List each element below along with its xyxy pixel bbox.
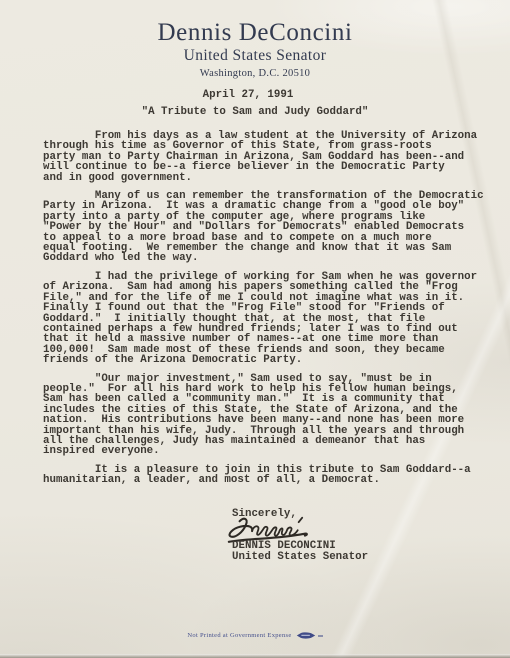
letterhead-address: Washington, D.C. 20510 <box>0 68 510 79</box>
letterhead-title: United States Senator <box>0 48 510 64</box>
letter-page: Dennis DeConcini United States Senator W… <box>0 0 510 658</box>
letterhead-name: Dennis DeConcini <box>0 20 510 45</box>
body-paragraph: "Our major investment," Sam used to say,… <box>43 374 473 457</box>
letter-footer: Not Printed at Government Expense <box>0 632 510 639</box>
letter-subject: "A Tribute to Sam and Judy Goddard" <box>0 107 510 118</box>
body-paragraph: It is a pleasure to join in this tribute… <box>43 465 473 486</box>
scan-edge <box>0 654 510 658</box>
body-paragraph: I had the privilege of working for Sam w… <box>43 272 473 366</box>
union-bug-icon <box>296 632 316 639</box>
footer-note: Not Printed at Government Expense <box>187 632 291 639</box>
body-paragraph: From his days as a law student at the Un… <box>43 131 473 183</box>
closing-block: Sincerely, DENNIS DECONCINI United State… <box>232 509 452 579</box>
letterhead: Dennis DeConcini United States Senator W… <box>0 20 510 79</box>
body-paragraph: Many of us can remember the transformati… <box>43 191 473 264</box>
letter-body: From his days as a law student at the Un… <box>43 131 473 494</box>
signer-title: United States Senator <box>232 552 368 563</box>
union-bug-mark <box>318 635 323 637</box>
letter-date: April 27, 1991 <box>0 90 496 101</box>
